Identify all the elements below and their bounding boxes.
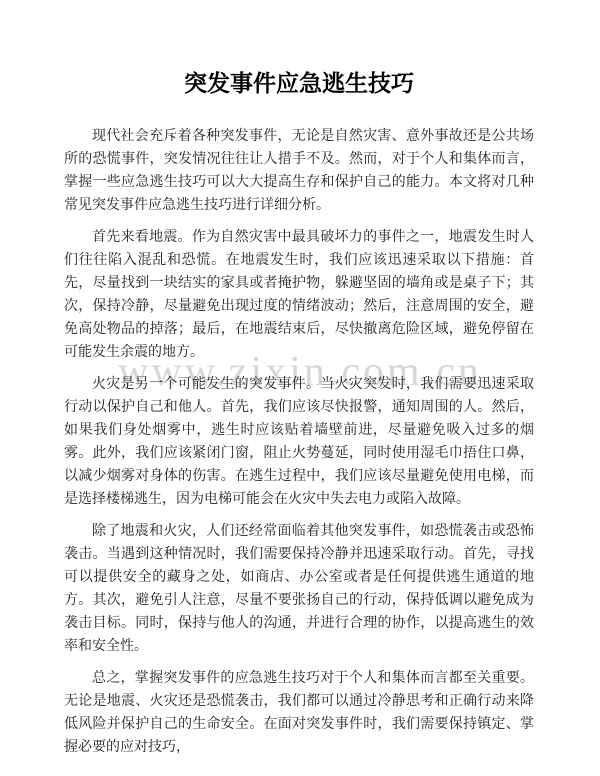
paragraph-intro: 现代社会充斥着各种突发事件，无论是自然灾害、意外事故还是公共场所的恐慌事件，突发… bbox=[64, 125, 534, 217]
document-content: 突发事件应急逃生技巧 现代社会充斥着各种突发事件，无论是自然灾害、意外事故还是公… bbox=[0, 70, 600, 759]
paragraph-earthquake: 首先来看地震。作为自然灾害中最具破坏力的事件之一，地震发生时人们往往陷入混乱和恐… bbox=[64, 226, 534, 364]
document-page: www.zixin.com.cn 突发事件应急逃生技巧 现代社会充斥着各种突发事… bbox=[0, 0, 600, 776]
paragraph-conclusion: 总之，掌握突发事件的应急逃生技巧对于个人和集体而言都至关重要。无论是地震、火灾还… bbox=[64, 667, 534, 759]
paragraph-attack: 除了地震和火灾，人们还经常面临着其他突发事件，如恐慌袭击或恐怖袭击。当遇到这种情… bbox=[64, 520, 534, 658]
document-title: 突发事件应急逃生技巧 bbox=[64, 70, 534, 97]
paragraph-fire: 火灾是另一个可能发生的突发事件。当火灾突发时，我们需要迅速采取行动以保护自己和他… bbox=[64, 373, 534, 511]
